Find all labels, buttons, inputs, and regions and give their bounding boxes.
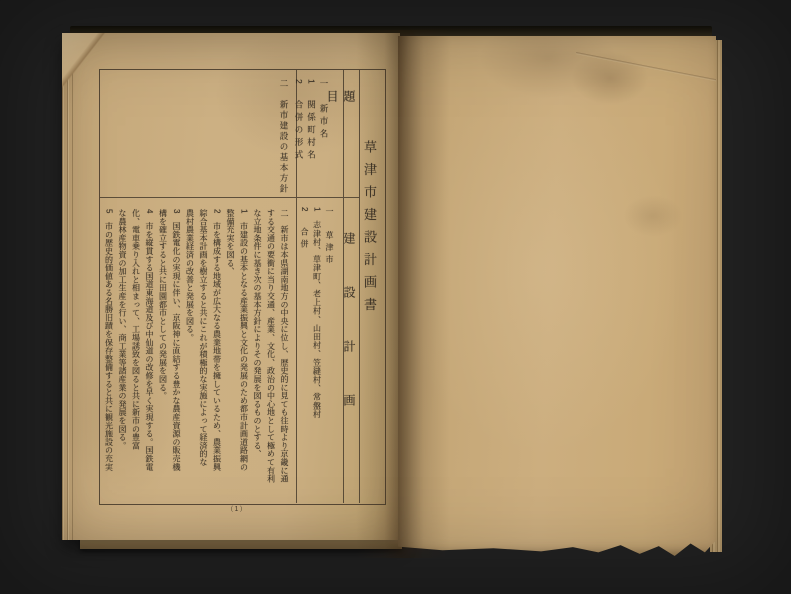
header-top-label: 題目 (324, 90, 358, 197)
column-header-bottom: 建設計画 (343, 198, 359, 503)
text-line: 一 草津市 (323, 207, 336, 503)
policy-heading: 二 新市建設の基本方針 (278, 79, 290, 197)
text-line: 1 志津村、草津町、老上村、山田村、笠縫村、常盤村 (310, 207, 323, 503)
text-line: 整備充実を図る、 (224, 209, 238, 503)
right-page (398, 36, 716, 556)
text-line: 2 市を構成する地域が広大なる農業地帯を擁しているため、農業振興 (210, 209, 224, 503)
text-line: 綜合基本計画を樹立すると共にこれが積極的な実施によって経済的な (197, 209, 211, 503)
text-line: 農村農業経済の改善と発展を図る。 (183, 209, 197, 503)
text-line: する交通の要衝に当り交通、産業、文化、政治の中心地として極めて有利 (264, 209, 278, 503)
document-title-column: 草津市建設計画書 (359, 70, 384, 503)
page-number: （1） (220, 504, 254, 514)
policy-heading-cell: 二 新市建設の基本方針 (100, 70, 296, 198)
text-line: 4 市を縦貫する国道東海道及び中仙道の改修を早く実現する。国鉄電 (143, 209, 157, 503)
paper-crease (576, 52, 722, 82)
body-text-cell: 二 新市は本県湖南地方の中央に位し、歴史的に見ても往時より京畿に通 する交通の要… (100, 198, 296, 503)
text-line: 1 市建設の基本となる産業振興と文化の発展のため都市計画道路網の (237, 209, 251, 503)
answers-cell: 一 草津市 1 志津村、草津町、老上村、山田村、笠縫村、常盤村 2 合併 (296, 198, 343, 503)
text-line: 二 新市は本県湖南地方の中央に位し、歴史的に見ても往時より京畿に通 (278, 209, 292, 503)
document-title: 草津市建設計画書 (360, 140, 379, 503)
text-line: な農林産物資の加工生産を行い、商工業等諸産業の発展を図る。 (116, 209, 130, 503)
text-line: 2 合併 (298, 207, 311, 503)
text-line: 2 合併の形式 (293, 79, 306, 197)
photo-scene: 二 新市建設の基本方針 一 新市名 1 関係町村名 2 合併の形式 題目 一 草… (0, 0, 791, 594)
text-line: な立地条件に基き次の基本方針によりその発展を図るものとする、 (251, 209, 265, 503)
page-edge-lines (62, 33, 73, 540)
text-line: 1 関係町村名 (305, 79, 318, 197)
left-page: 二 新市建設の基本方針 一 新市名 1 関係町村名 2 合併の形式 題目 一 草… (62, 33, 400, 540)
column-header-top: 題目 (343, 70, 359, 198)
header-bottom-label: 建設計画 (341, 232, 358, 503)
text-line: 5 市の歴史的価値ある名勝旧蹟を保存整備すると共に観光施設の充実 (102, 209, 116, 503)
text-line: 3 国鉄電化の実現に伴い、京阪神に直結する豊かな農産資源の販売機 (170, 209, 184, 503)
text-line: 構を確立すると共に田園都市としての発展を図る。 (156, 209, 170, 503)
plan-table: 二 新市建設の基本方針 一 新市名 1 関係町村名 2 合併の形式 題目 一 草… (99, 69, 386, 505)
text-line: 化、電車乗り入れと相まって、工場誘致を図ると共に新市の豊富 (129, 209, 143, 503)
